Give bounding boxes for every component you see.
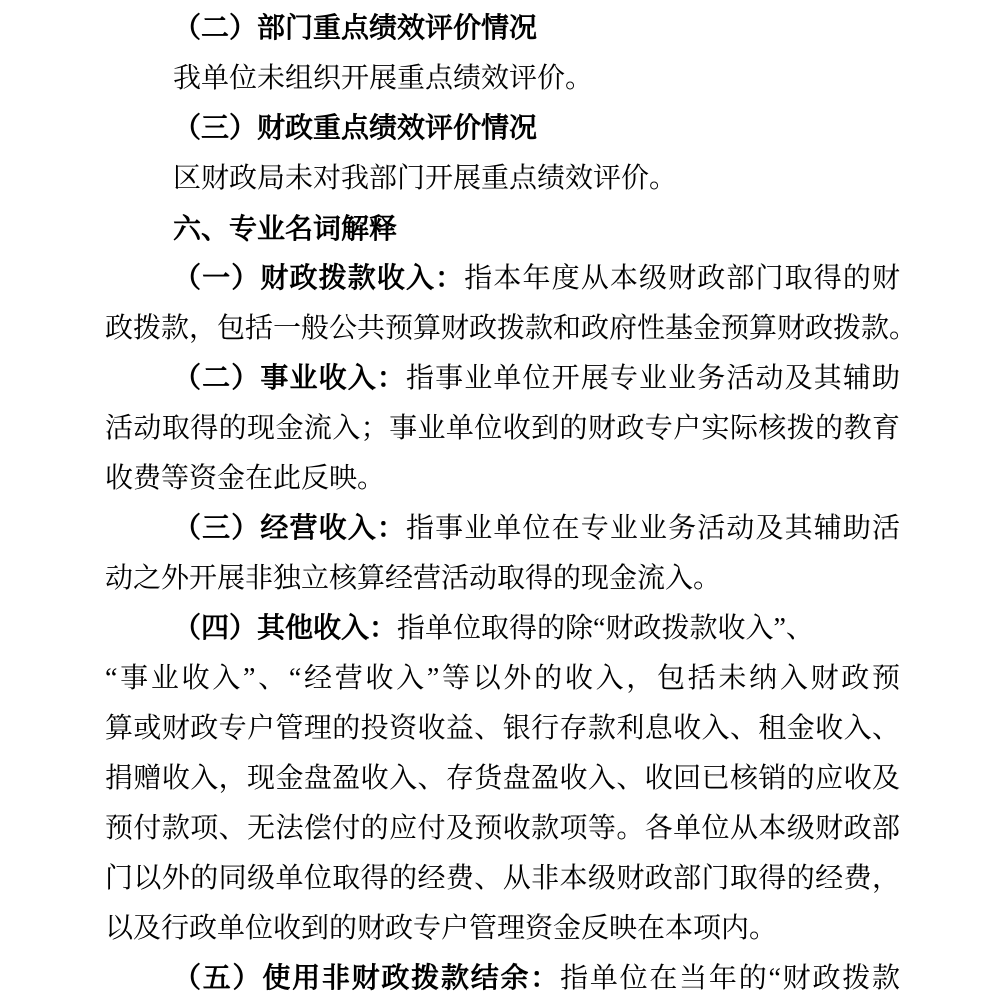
para-term-business-income-line-2: 活动取得的现金流入；事业单位收到的财政专户实际核拨的教育: [105, 404, 900, 454]
para-term-non-fiscal-balance-line-1: （五）使用非财政拨款结余：指单位在当年的“财政拨款: [105, 954, 900, 1004]
line-text: 指本年度从本级财政部门取得的财: [464, 263, 900, 294]
line-text: 指事业单位在专业业务活动及其辅助活: [406, 513, 900, 544]
term-lead: （四）其他收入：: [173, 613, 397, 644]
heading-text: 六、专业名词解释: [173, 213, 397, 244]
heading-dept-key-evaluation: （二）部门重点绩效评价情况: [105, 4, 900, 54]
line-text: 政拨款，包括一般公共预算财政拨款和政府性基金预算财政拨款。: [105, 313, 917, 344]
term-lead: （三）经营收入：: [173, 513, 406, 544]
line-text: 指单位在当年的“财政拨款: [560, 963, 900, 994]
line-text: 收费等资金在此反映。: [105, 463, 385, 494]
line-text: 动之外开展非独立核算经营活动取得的现金流入。: [105, 563, 721, 594]
para-term-business-income-line-1: （二）事业收入：指事业单位开展专业业务活动及其辅助: [105, 354, 900, 404]
line-text: 预付款项、无法偿付的应付及预收款项等。各单位从本级财政部: [105, 813, 900, 844]
heading-terms-section: 六、专业名词解释: [105, 204, 900, 254]
document-body: （二）部门重点绩效评价情况 我单位未组织开展重点绩效评价。 （三）财政重点绩效评…: [105, 4, 900, 1004]
para-term-fiscal-appropriation-line-2: 政拨款，包括一般公共预算财政拨款和政府性基金预算财政拨款。: [105, 304, 900, 354]
line-text: 算或财政专户管理的投资收益、银行存款利息收入、租金收入、: [105, 713, 900, 744]
para-term-other-income-line-6: 门以外的同级单位取得的经费、从非本级财政部门取得的经费，: [105, 854, 900, 904]
para-term-operating-income-line-1: （三）经营收入：指事业单位在专业业务活动及其辅助活: [105, 504, 900, 554]
para-term-other-income-line-1: （四）其他收入：指单位取得的除“财政拨款收入”、: [105, 604, 900, 654]
para-term-other-income-line-2: “事业收入”、“经营收入”等以外的收入，包括未纳入财政预: [105, 654, 900, 704]
para-term-other-income-line-7: 以及行政单位收到的财政专户管理资金反映在本项内。: [105, 904, 900, 954]
para-term-fiscal-appropriation-line-1: （一）财政拨款收入：指本年度从本级财政部门取得的财: [105, 254, 900, 304]
para-term-operating-income-line-2: 动之外开展非独立核算经营活动取得的现金流入。: [105, 554, 900, 604]
term-lead: （一）财政拨款收入：: [173, 263, 464, 294]
line-text: 以及行政单位收到的财政专户管理资金反映在本项内。: [105, 913, 777, 944]
para-finance-evaluation: 区财政局未对我部门开展重点绩效评价。: [105, 154, 900, 204]
line-text: 指事业单位开展专业业务活动及其辅助: [406, 363, 900, 394]
line-text: 捐赠收入，现金盘盈收入、存货盘盈收入、收回已核销的应收及: [105, 763, 900, 794]
para-dept-evaluation: 我单位未组织开展重点绩效评价。: [105, 54, 900, 104]
line-text: 我单位未组织开展重点绩效评价。: [173, 63, 593, 94]
line-text: 活动取得的现金流入；事业单位收到的财政专户实际核拨的教育: [105, 413, 900, 444]
term-lead: （五）使用非财政拨款结余：: [173, 963, 560, 994]
para-term-other-income-line-3: 算或财政专户管理的投资收益、银行存款利息收入、租金收入、: [105, 704, 900, 754]
para-term-other-income-line-5: 预付款项、无法偿付的应付及预收款项等。各单位从本级财政部: [105, 804, 900, 854]
line-text: 指单位取得的除“财政拨款收入”、: [397, 613, 814, 644]
heading-finance-key-evaluation: （三）财政重点绩效评价情况: [105, 104, 900, 154]
line-text: “事业收入”、“经营收入”等以外的收入，包括未纳入财政预: [105, 663, 900, 694]
document-page: （二）部门重点绩效评价情况 我单位未组织开展重点绩效评价。 （三）财政重点绩效评…: [0, 0, 1000, 1007]
para-term-other-income-line-4: 捐赠收入，现金盘盈收入、存货盘盈收入、收回已核销的应收及: [105, 754, 900, 804]
line-text: 门以外的同级单位取得的经费、从非本级财政部门取得的经费，: [105, 863, 900, 894]
para-term-business-income-line-3: 收费等资金在此反映。: [105, 454, 900, 504]
line-text: 区财政局未对我部门开展重点绩效评价。: [173, 163, 677, 194]
heading-text: （三）财政重点绩效评价情况: [173, 113, 537, 144]
term-lead: （二）事业收入：: [173, 363, 406, 394]
heading-text: （二）部门重点绩效评价情况: [173, 13, 537, 44]
